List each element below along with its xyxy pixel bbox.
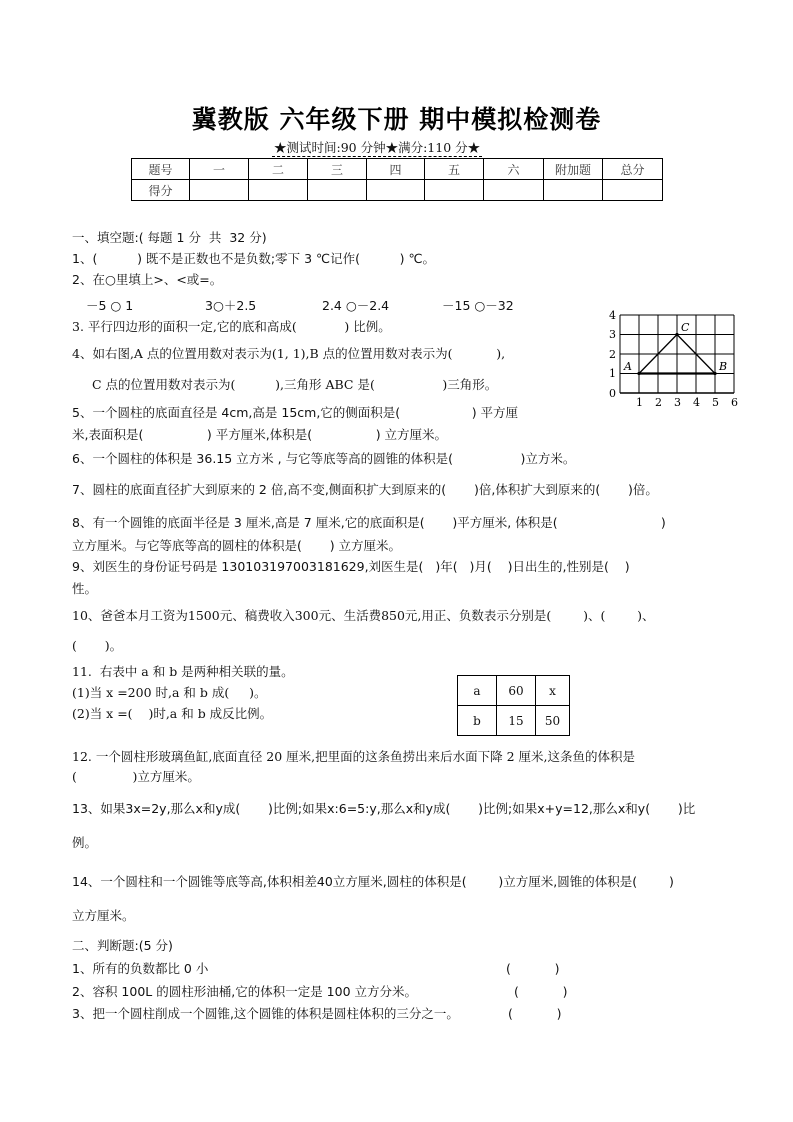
header-cell: 二 <box>249 159 308 180</box>
coordinate-grid-figure: A B C 4 3 2 1 0 1 2 3 4 5 6 <box>604 306 744 410</box>
table-cell: x <box>536 676 570 706</box>
q11-text-line3: (2)当 x =( )时,a 和 b 成反比例。 <box>72 706 272 722</box>
svg-text:5: 5 <box>712 396 719 409</box>
q2-item: 3○＋2.5 <box>205 298 256 314</box>
q6-text: 6、一个圆柱的体积是 36.15 立方米 , 与它等底等高的圆锥的体积是( )立… <box>72 451 575 467</box>
score-cell <box>603 180 663 201</box>
row-label: 得分 <box>132 180 190 201</box>
header-cell: 六 <box>484 159 544 180</box>
header-cell: 四 <box>367 159 425 180</box>
q5-text-line1: 5、一个圆柱的底面直径是 4cm,高是 15cm,它的侧面积是( ) 平方厘 <box>72 405 518 421</box>
table-cell: 50 <box>536 706 570 736</box>
q10-text-line1: 10、爸爸本月工资为1500元、稿费收入300元、生活费850元,用正、负数表示… <box>72 608 655 624</box>
q3-text: 3. 平行四边形的面积一定,它的底和高成( ) 比例。 <box>72 319 391 335</box>
judge-q3-text: 3、把一个圆柱削成一个圆锥,这个圆锥的体积是圆柱体积的三分之一。 <box>72 1006 459 1022</box>
q1-text: 1、( ) 既不是正数也不是负数;零下 3 ℃记作( ) ℃。 <box>72 251 435 267</box>
svg-text:3: 3 <box>609 328 616 341</box>
exam-title: 冀教版 六年级下册 期中模拟检测卷 <box>0 100 793 136</box>
q14-text-line1: 14、一个圆柱和一个圆锥等底等高,体积相差40立方厘米,圆柱的体积是( )立方厘… <box>72 874 674 890</box>
judge-q3-answer-paren: ( ) <box>508 1006 561 1022</box>
svg-text:A: A <box>623 360 632 373</box>
header-cell: 五 <box>425 159 484 180</box>
svg-text:2: 2 <box>655 396 662 409</box>
q11-text-line2: (1)当 x =200 时,a 和 b 成( )。 <box>72 685 266 701</box>
header-cell: 附加题 <box>544 159 603 180</box>
svg-text:2: 2 <box>609 348 616 361</box>
score-table: 题号 一 二 三 四 五 六 附加题 总分 得分 <box>131 158 663 201</box>
score-cell <box>308 180 367 201</box>
q12-text-line1: 12. 一个圆柱形玻璃鱼缸,底面直径 20 厘米,把里面的这条鱼捞出来后水面下降… <box>72 749 635 765</box>
judge-q1-text: 1、所有的负数都比 0 小 <box>72 961 208 977</box>
q2-text: 2、在○里填上>、<或=。 <box>72 272 222 288</box>
q7-text: 7、圆柱的底面直径扩大到原来的 2 倍,高不变,侧面积扩大到原来的( )倍,体积… <box>72 482 658 498</box>
svg-text:C: C <box>681 321 690 334</box>
table-cell: a <box>458 676 497 706</box>
q4-text-line2: C 点的位置用数对表示为( ),三角形 ABC 是( )三角形。 <box>92 377 497 393</box>
q9-text-line2: 性。 <box>72 581 97 597</box>
score-table-header-row: 题号 一 二 三 四 五 六 附加题 总分 <box>132 159 663 180</box>
svg-text:4: 4 <box>609 309 616 322</box>
svg-text:6: 6 <box>731 396 738 409</box>
header-cell: 一 <box>190 159 249 180</box>
q2-item: 2.4 ○－2.4 <box>322 298 389 314</box>
q2-item: －5 ○ 1 <box>86 298 133 314</box>
score-cell <box>249 180 308 201</box>
q8-text-line1: 8、有一个圆锥的底面半径是 3 厘米,高是 7 厘米,它的底面积是( )平方厘米… <box>72 515 666 531</box>
section2-heading: 二、判断题:(5 分) <box>72 938 173 954</box>
q2-item: －15 ○－32 <box>442 298 514 314</box>
score-cell <box>425 180 484 201</box>
svg-text:1: 1 <box>636 396 643 409</box>
q13-text-line2: 例。 <box>72 835 97 851</box>
table-row: b 15 50 <box>458 706 570 736</box>
judge-q2-answer-paren: ( ) <box>514 984 567 1000</box>
q4-text-line1: 4、如右图,A 点的位置用数对表示为(1, 1),B 点的位置用数对表示为( )… <box>72 346 505 362</box>
svg-text:1: 1 <box>609 367 616 380</box>
table-cell: 15 <box>497 706 536 736</box>
q8-text-line2: 立方厘米。与它等底等高的圆柱的体积是( ) 立方厘米。 <box>72 538 401 554</box>
q11-text-line1: 11. 右表中 a 和 b 是两种相关联的量。 <box>72 664 294 680</box>
q9-text-line1: 9、刘医生的身份证号码是 130103197003181629,刘医生是( )年… <box>72 559 630 575</box>
svg-text:B: B <box>718 360 727 373</box>
score-cell <box>190 180 249 201</box>
q5-text-line2: 米,表面积是( ) 平方厘米,体积是( ) 立方厘米。 <box>72 427 447 443</box>
table-row: a 60 x <box>458 676 570 706</box>
header-cell: 题号 <box>132 159 190 180</box>
table-cell: 60 <box>497 676 536 706</box>
exam-subtitle: ★测试时间:90 分钟★满分:110 分★ <box>272 140 482 157</box>
q12-text-line2: ( )立方厘米。 <box>72 769 200 785</box>
judge-q2-text: 2、容积 100L 的圆柱形油桶,它的体积一定是 100 立方分米。 <box>72 984 417 1000</box>
score-cell <box>544 180 603 201</box>
svg-text:4: 4 <box>693 396 700 409</box>
header-cell: 三 <box>308 159 367 180</box>
score-cell <box>484 180 544 201</box>
score-cell <box>367 180 425 201</box>
header-cell: 总分 <box>603 159 663 180</box>
score-table-score-row: 得分 <box>132 180 663 201</box>
judge-q1-answer-paren: ( ) <box>506 961 559 977</box>
section1-heading: 一、填空题:( 每题 1 分 共 32 分) <box>72 230 267 246</box>
table-cell: b <box>458 706 497 736</box>
q10-text-line2: ( )。 <box>72 638 122 654</box>
q13-text-line1: 13、如果3x=2y,那么x和y成( )比例;如果x:6=5:y,那么x和y成(… <box>72 801 695 817</box>
svg-text:0: 0 <box>609 387 616 400</box>
svg-text:3: 3 <box>674 396 681 409</box>
ab-relation-table: a 60 x b 15 50 <box>457 675 570 736</box>
q14-text-line2: 立方厘米。 <box>72 908 135 924</box>
